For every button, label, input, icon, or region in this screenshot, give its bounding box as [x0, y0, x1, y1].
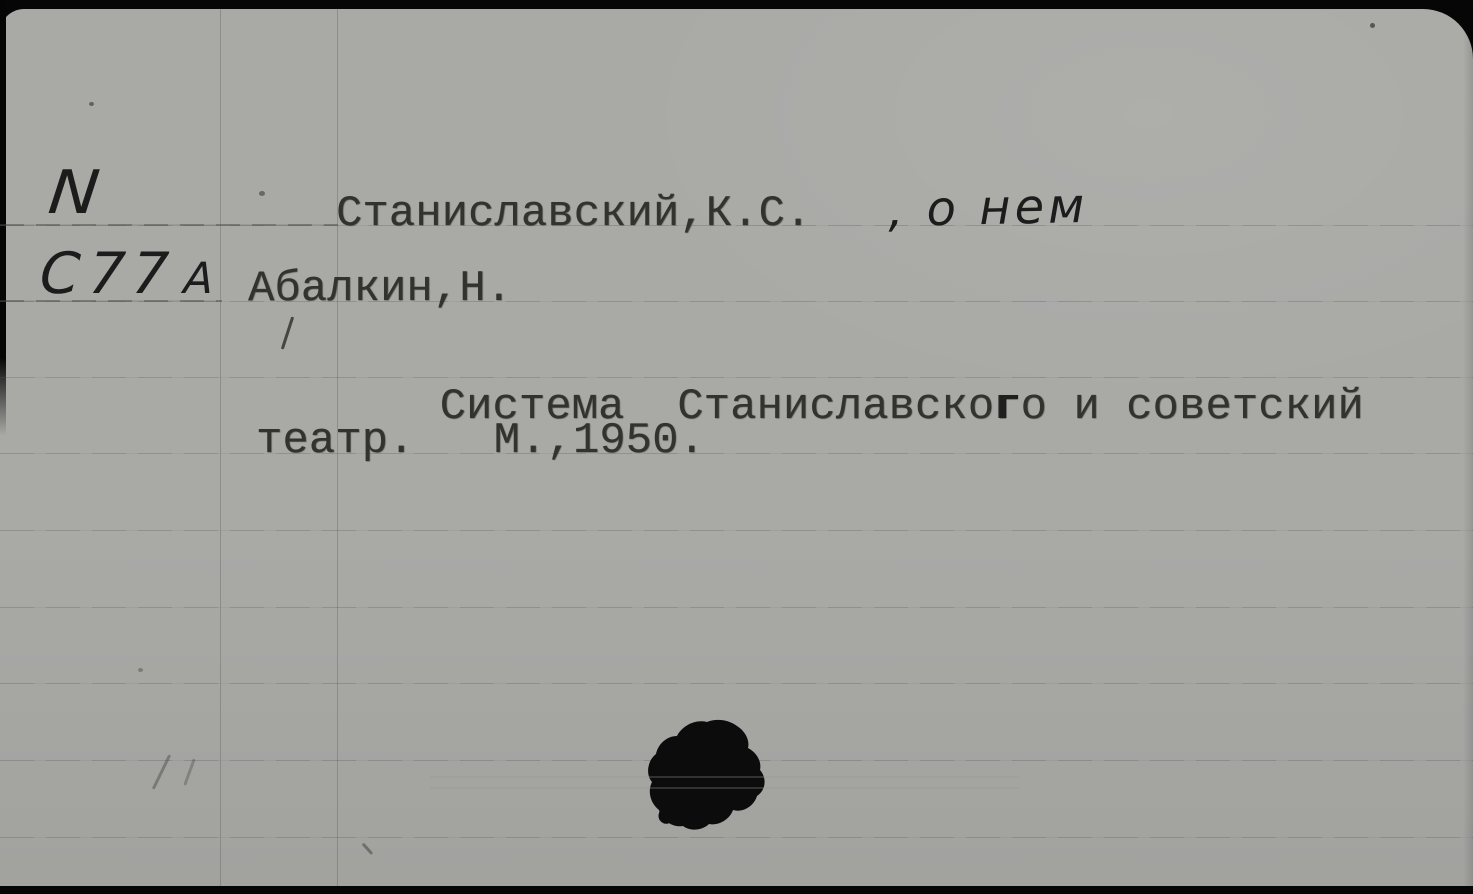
heading-handwritten-annotation: , о нем [888, 182, 1089, 234]
call-number-top: N [46, 163, 103, 223]
scanned-catalog-card-photo: N С 77 А Станиславский,К.С. , о нем Абал… [0, 0, 1473, 894]
title-overstruck-letter: г [994, 382, 1020, 432]
heading-typed: Станиславский,К.С. [336, 192, 811, 236]
call-number-class-suffix: А [182, 258, 214, 301]
title-post: о и советский [1021, 382, 1364, 432]
paper-speck [89, 102, 94, 106]
call-number-class: С 77 А [38, 246, 216, 303]
call-number-class-number: 77 [87, 246, 178, 303]
imprint-line: театр. М.,1950. [256, 419, 705, 463]
paper-speck [1370, 23, 1375, 28]
card-right-edge-shadow [1463, 9, 1473, 886]
scan-left-edge [0, 0, 6, 436]
paper-speck [138, 668, 143, 672]
scan-streak [430, 776, 1020, 778]
scan-streak [430, 787, 1020, 789]
ruled-line-vertical [220, 9, 221, 886]
author-line: Абалкин,Н. [248, 267, 512, 311]
paper-speck [259, 191, 265, 196]
call-number-class-letter: С [38, 246, 82, 303]
